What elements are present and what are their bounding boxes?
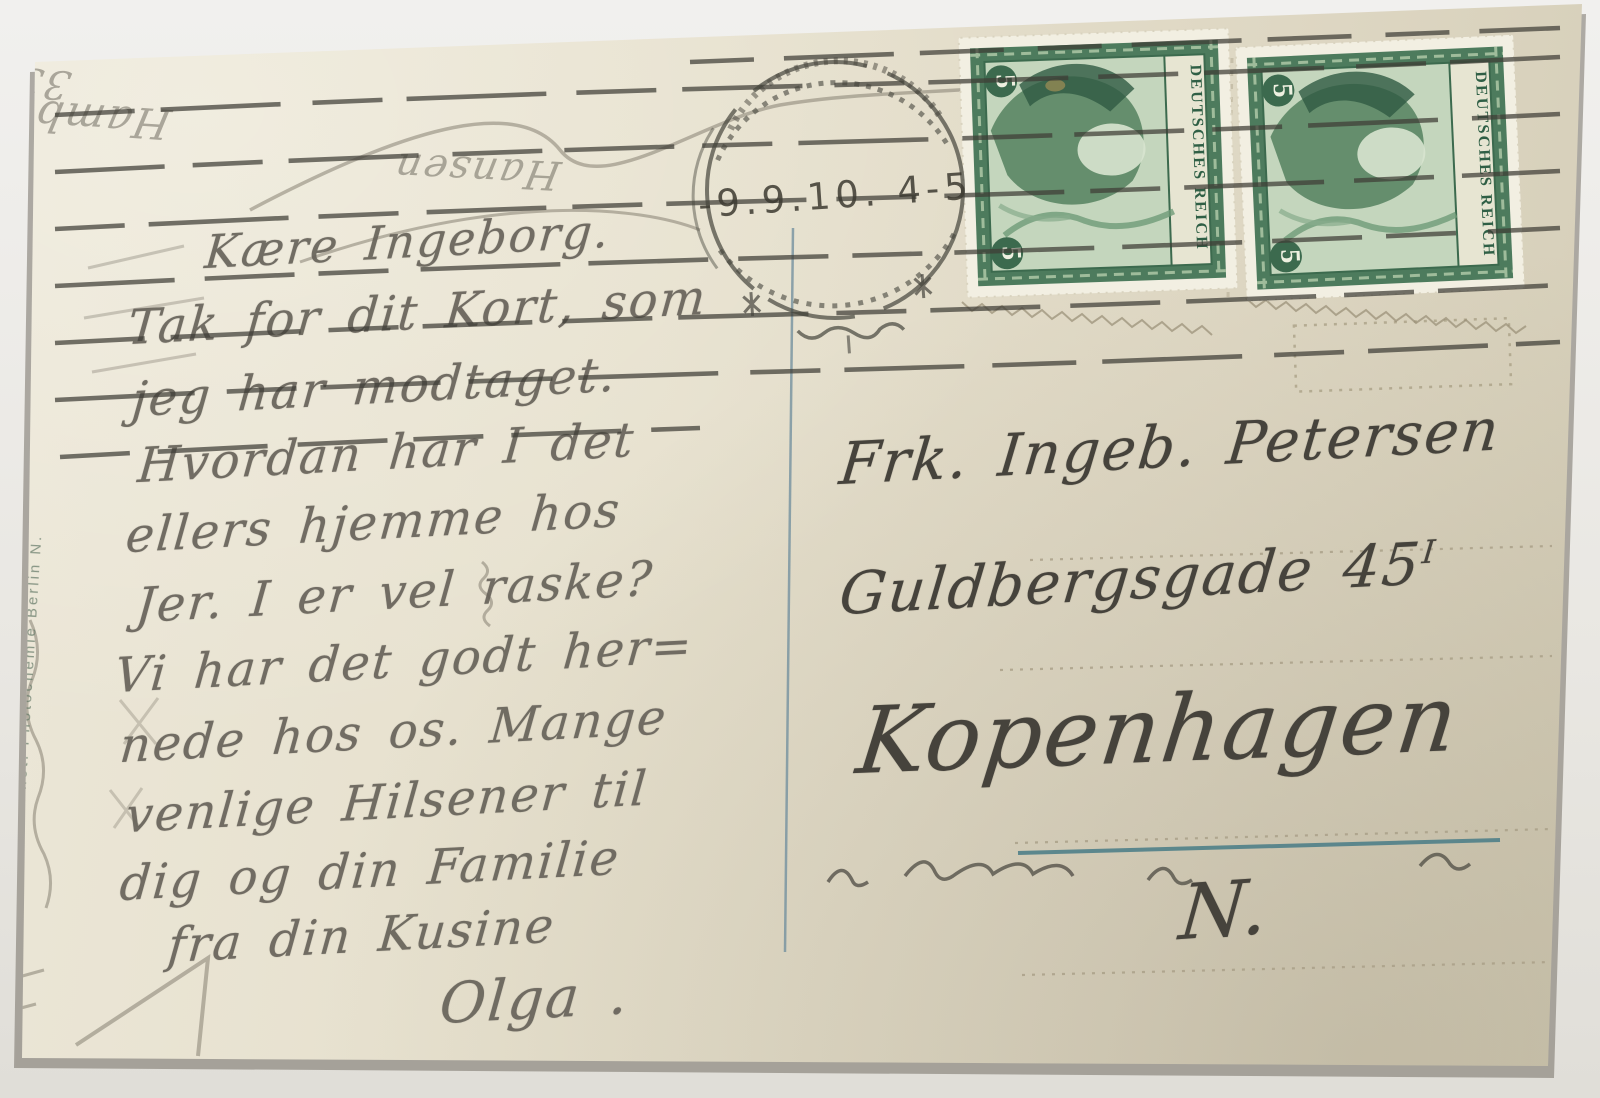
postage-stamp-germania-2: 5 5 DEUTSCHES REICH	[1234, 34, 1525, 302]
stamp-denomination: 5	[995, 246, 1026, 261]
postcard-photo: Kære Ingeborg. Tak for dit Kort, som jeg…	[0, 0, 1600, 1098]
address-district: N.	[1176, 861, 1273, 957]
postage-stamp-germania-1: 5 5 DEUTSCHES REICH	[958, 27, 1239, 298]
message-signature: Olga .	[437, 962, 632, 1037]
stamp-denomination: 5	[1267, 83, 1299, 98]
note-line: Hansen	[389, 143, 564, 197]
stamp-denomination: 5	[989, 74, 1020, 89]
postcard-back: Kære Ingeborg. Tak for dit Kort, som jeg…	[0, 0, 1600, 1098]
stamp-denomination: 5	[1274, 248, 1306, 263]
